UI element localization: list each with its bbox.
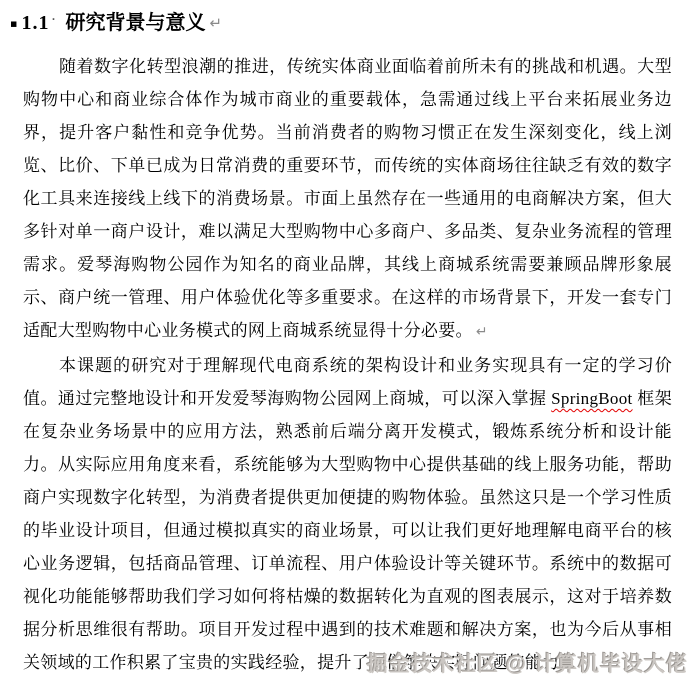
section-heading[interactable]: ▪ 1.1 · 研究背景与意义 ↵ bbox=[10, 4, 673, 42]
tab-mark-icon: · bbox=[51, 4, 55, 34]
paragraph-significance[interactable]: 本课题的研究对于理解现代电商系统的架构设计和业务实现具有一定的学习价值。通过完整… bbox=[23, 349, 672, 681]
paragraph-mark-icon: ↵ bbox=[476, 324, 488, 340]
paragraph-background[interactable]: 随着数字化转型浪潮的推进，传统实体商业面临着前所未有的挑战和机遇。大型购物中心和… bbox=[23, 50, 672, 349]
document-body: 随着数字化转型浪潮的推进，传统实体商业面临着前所未有的挑战和机遇。大型购物中心和… bbox=[10, 50, 673, 681]
paragraph-mark-icon: ↵ bbox=[580, 656, 592, 672]
document-page: ▪ 1.1 · 研究背景与意义 ↵ 随着数字化转型浪潮的推进，传统实体商业面临着… bbox=[0, 0, 694, 685]
paragraph-text: 随着数字化转型浪潮的推进，传统实体商业面临着前所未有的挑战和机遇。大型购物中心和… bbox=[23, 57, 672, 340]
spellcheck-term: SpringBoot bbox=[551, 389, 632, 408]
paragraph-text: 框架在复杂业务场景中的应用方法，熟悉前后端分离开发模式，锻炼系统分析和设计能力。… bbox=[23, 389, 672, 672]
outline-bullet-icon: ▪ bbox=[10, 18, 17, 29]
heading-number: 1.1 bbox=[21, 8, 49, 38]
paragraph-mark-icon: ↵ bbox=[209, 8, 222, 38]
heading-title: 研究背景与意义 bbox=[65, 8, 205, 38]
